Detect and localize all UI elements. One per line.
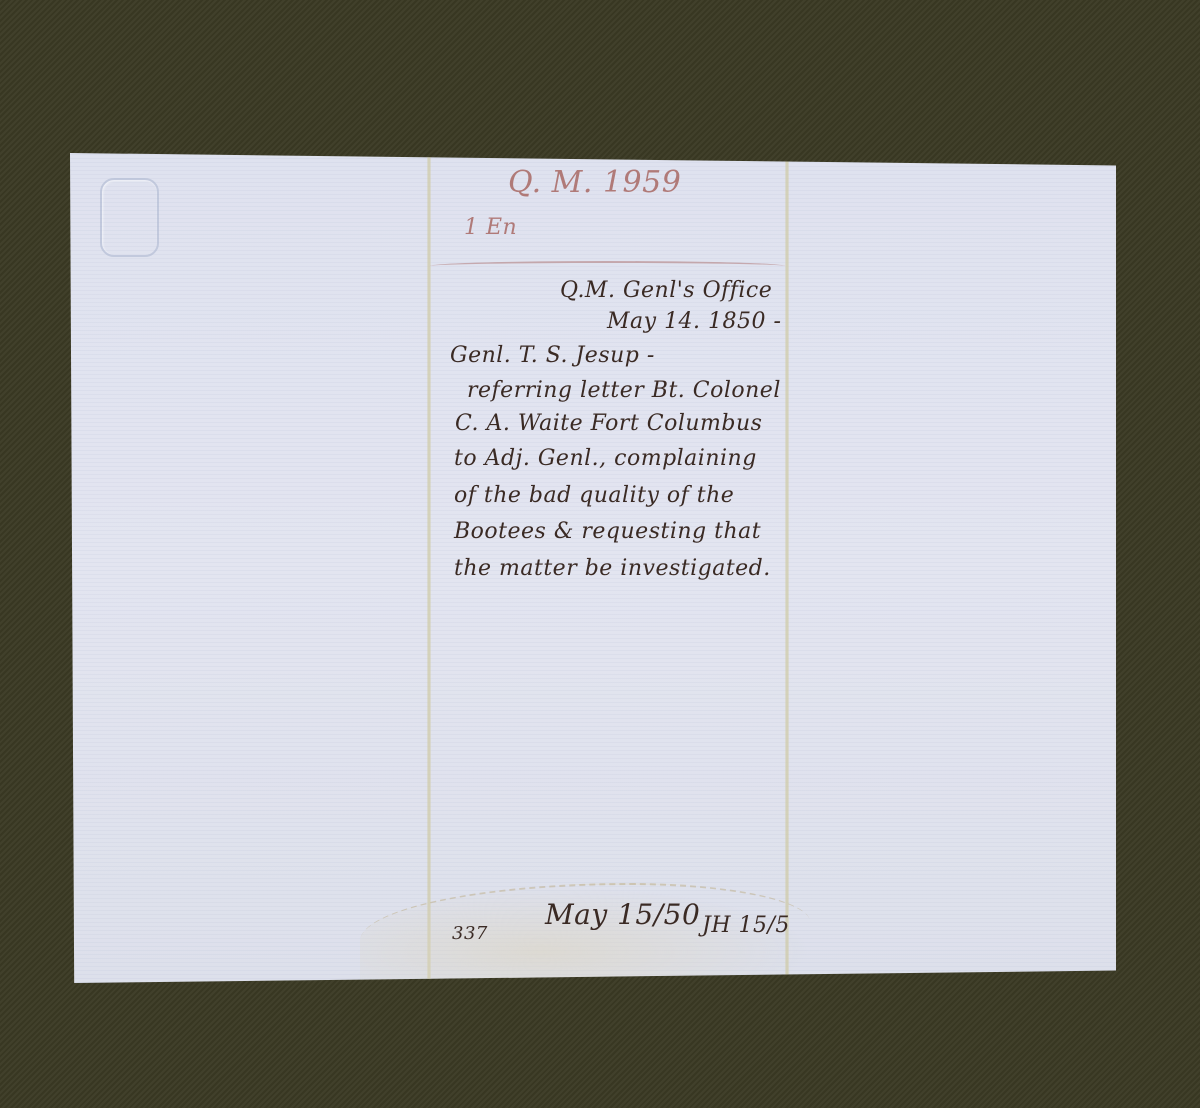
docket-line-sender: Genl. T. S. Jesup - xyxy=(450,343,655,368)
received-date: May 15/50 xyxy=(545,898,700,931)
docket-line-body: C. A. Waite Fort Columbus xyxy=(455,411,762,436)
docket-line-body: Bootees & requesting that xyxy=(454,519,761,544)
docket-line-office: Q.M. Genl's Office xyxy=(560,278,772,303)
fold-line-left xyxy=(427,153,431,983)
fold-line-right xyxy=(785,153,789,983)
reference-number: 337 xyxy=(452,923,488,944)
docket-line-body: referring letter Bt. Colonel xyxy=(467,378,781,403)
docket-mark: 1 En xyxy=(464,215,517,240)
clerk-initials: JH 15/5 xyxy=(702,913,790,938)
embossed-stamp-icon xyxy=(100,178,159,257)
document-paper: Q. M. 1959 1 En Q.M. Genl's Office May 1… xyxy=(70,153,1116,983)
docket-line-body: of the bad quality of the xyxy=(454,483,734,508)
docket-divider xyxy=(430,261,785,271)
docket-line-date: May 14. 1850 - xyxy=(607,309,781,334)
docket-line-body: to Adj. Genl., complaining xyxy=(454,446,757,471)
docket-line-body: the matter be investigated. xyxy=(454,556,771,581)
docket-number: Q. M. 1959 xyxy=(508,165,681,200)
